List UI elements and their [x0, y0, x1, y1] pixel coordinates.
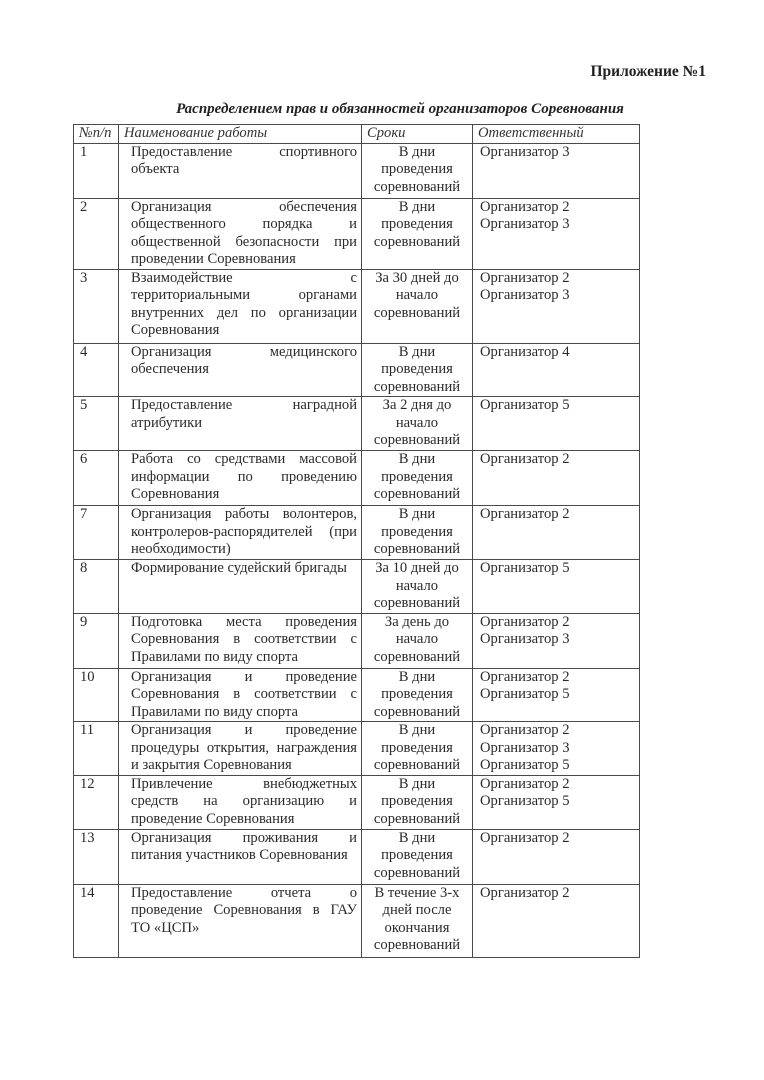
work-name-line: Предоставление наградной [131, 397, 357, 415]
row-number: 10 [74, 668, 119, 722]
responsible-organizer: Организатор 5 [480, 793, 634, 811]
work-name-line: информации по проведению [131, 469, 357, 487]
work-name: Подготовка места проведенияСоревнования … [119, 613, 362, 668]
responsible: Организатор 3 [473, 143, 640, 198]
work-name-line: Предоставление отчета о [131, 885, 357, 903]
row-number: 14 [74, 884, 119, 957]
header-responsible: Ответственный [473, 125, 640, 144]
work-name: Организация обеспеченияобщественного пор… [119, 198, 362, 269]
responsible-organizer: Организатор 5 [480, 397, 634, 415]
work-name-line: необходимости) [131, 541, 357, 559]
term: В днипроведениясоревнований [362, 775, 473, 829]
responsible-organizer: Организатор 2 [480, 506, 634, 524]
responsibilities-table: №п/п Наименование работы Сроки Ответстве… [73, 124, 640, 958]
term-line: соревнований [364, 379, 470, 397]
work-name: Предоставление награднойатрибутики [119, 397, 362, 451]
term: В днипроведениясоревнований [362, 506, 473, 560]
row-number: 11 [74, 722, 119, 776]
term-line: соревнований [364, 757, 470, 775]
term-line: проведения [364, 469, 470, 487]
work-name-line: Организация и проведение [131, 669, 357, 687]
term-line: соревнований [364, 305, 470, 323]
work-name: Организация проживания ипитания участник… [119, 829, 362, 884]
term: В днипроведениясоревнований [362, 143, 473, 198]
work-name: Предоставление отчета опроведение Соревн… [119, 884, 362, 957]
work-name-line: процедуры открытия, награждения [131, 740, 357, 758]
term: В течение 3-хдней послеокончаниясоревнов… [362, 884, 473, 957]
responsible-organizer: Организатор 5 [480, 686, 634, 704]
term: За день доначалосоревнований [362, 613, 473, 668]
row-number: 9 [74, 613, 119, 668]
work-name-line: Организация проживания и [131, 830, 357, 848]
term-line: За 30 дней до [364, 270, 470, 288]
table-row: 7Организация работы волонтеров,контролер… [74, 506, 640, 560]
responsible-organizer: Организатор 4 [480, 344, 634, 362]
term-line: соревнований [364, 649, 470, 667]
term-line: соревнований [364, 432, 470, 450]
work-name-line: Соревнования [131, 486, 357, 504]
work-name-line: внутренних дел по организации [131, 305, 357, 323]
work-name-line: обеспечения [131, 361, 357, 379]
header-work-name: Наименование работы [119, 125, 362, 144]
row-number: 5 [74, 397, 119, 451]
row-number: 2 [74, 198, 119, 269]
term: В днипроведениясоревнований [362, 722, 473, 776]
term-line: соревнований [364, 865, 470, 883]
responsible: Организатор 2Организатор 5 [473, 775, 640, 829]
term-line: В дни [364, 669, 470, 687]
term-line: В дни [364, 199, 470, 217]
responsible-organizer: Организатор 2 [480, 722, 634, 740]
work-name: Предоставление спортивногообъекта [119, 143, 362, 198]
responsible-organizer: Организатор 5 [480, 560, 634, 578]
work-name-line: общественной безопасности при [131, 234, 357, 252]
term-line: соревнований [364, 704, 470, 722]
work-name-line: Организация и проведение [131, 722, 357, 740]
work-name-line: атрибутики [131, 415, 357, 433]
table-row: 8Формирование судейский бригадыЗа 10 дне… [74, 560, 640, 614]
work-name-line: Организация медицинского [131, 344, 357, 362]
term-line: проведения [364, 216, 470, 234]
responsible-organizer: Организатор 3 [480, 216, 634, 234]
responsible: Организатор 2Организатор 3 [473, 269, 640, 343]
work-name-line: общественного порядка и [131, 216, 357, 234]
work-name-line: Предоставление спортивного [131, 144, 357, 162]
term-line: За день до [364, 614, 470, 632]
work-name-line: средств на организацию и [131, 793, 357, 811]
responsible-organizer: Организатор 5 [480, 757, 634, 775]
term-line: начало [364, 415, 470, 433]
table-row: 2Организация обеспеченияобщественного по… [74, 198, 640, 269]
term: В днипроведениясоревнований [362, 343, 473, 397]
work-name-line: Взаимодействие с [131, 270, 357, 288]
term-line: соревнований [364, 937, 470, 955]
responsible-organizer: Организатор 3 [480, 287, 634, 305]
term-line: В течение 3-х [364, 885, 470, 903]
responsible: Организатор 2Организатор 5 [473, 668, 640, 722]
row-number: 1 [74, 143, 119, 198]
responsible-organizer: Организатор 2 [480, 614, 634, 632]
term-line: начало [364, 578, 470, 596]
work-name-line: Правилами по виду спорта [131, 649, 357, 667]
term-line: проведения [364, 740, 470, 758]
work-name: Формирование судейский бригады [119, 560, 362, 614]
table-row: 4Организация медицинскогообеспеченияВ дн… [74, 343, 640, 397]
responsible: Организатор 2 [473, 829, 640, 884]
term-line: соревнований [364, 541, 470, 559]
term: В днипроведениясоревнований [362, 451, 473, 506]
table-body: 1Предоставление спортивногообъектаВ днип… [74, 143, 640, 957]
responsible: Организатор 2 [473, 506, 640, 560]
header-number: №п/п [74, 125, 119, 144]
table-row: 5Предоставление награднойатрибутикиЗа 2 … [74, 397, 640, 451]
term: В днипроведениясоревнований [362, 829, 473, 884]
term: В днипроведениясоревнований [362, 198, 473, 269]
responsible-organizer: Организатор 2 [480, 270, 634, 288]
table-row: 9Подготовка места проведенияСоревнования… [74, 613, 640, 668]
table-row: 3Взаимодействие стерриториальными органа… [74, 269, 640, 343]
responsible: Организатор 5 [473, 397, 640, 451]
term: За 2 дня доначалосоревнований [362, 397, 473, 451]
responsible-organizer: Организатор 2 [480, 885, 634, 903]
work-name: Организация медицинскогообеспечения [119, 343, 362, 397]
table-row: 6Работа со средствами массовойинформации… [74, 451, 640, 506]
responsible-organizer: Организатор 3 [480, 144, 634, 162]
term-line: соревнований [364, 234, 470, 252]
row-number: 13 [74, 829, 119, 884]
term-line: В дни [364, 776, 470, 794]
term-line: В дни [364, 344, 470, 362]
responsible: Организатор 2Организатор 3 [473, 613, 640, 668]
term-line: В дни [364, 451, 470, 469]
responsible-organizer: Организатор 2 [480, 199, 634, 217]
responsible-organizer: Организатор 2 [480, 830, 634, 848]
term-line: проведения [364, 161, 470, 179]
row-number: 8 [74, 560, 119, 614]
row-number: 12 [74, 775, 119, 829]
table-row: 12Привлечение внебюджетныхсредств на орг… [74, 775, 640, 829]
work-name-line: Организация работы волонтеров, [131, 506, 357, 524]
work-name-line: Привлечение внебюджетных [131, 776, 357, 794]
work-name-line: проведение Соревнования [131, 811, 357, 829]
term-line: проведения [364, 793, 470, 811]
work-name: Организация и проведениеСоревнования в с… [119, 668, 362, 722]
work-name-line: Соревнования в соответствии с [131, 631, 357, 649]
row-number: 7 [74, 506, 119, 560]
work-name-line: Соревнования в соответствии с [131, 686, 357, 704]
table-row: 11Организация и проведениепроцедуры откр… [74, 722, 640, 776]
work-name-line: контролеров-распорядителей (при [131, 524, 357, 542]
term-line: За 2 дня до [364, 397, 470, 415]
responsible-organizer: Организатор 2 [480, 776, 634, 794]
responsible-organizer: Организатор 3 [480, 631, 634, 649]
work-name-line: ТО «ЦСП» [131, 920, 357, 938]
work-name-line: объекта [131, 161, 357, 179]
table-row: 10Организация и проведениеСоревнования в… [74, 668, 640, 722]
table-row: 1Предоставление спортивногообъектаВ днип… [74, 143, 640, 198]
term-line: В дни [364, 506, 470, 524]
term-line: начало [364, 631, 470, 649]
responsible-organizer: Организатор 3 [480, 740, 634, 758]
responsible: Организатор 2 [473, 884, 640, 957]
work-name-line: Правилами по виду спорта [131, 704, 357, 722]
term-line: дней после [364, 902, 470, 920]
work-name-line: территориальными органами [131, 287, 357, 305]
table-row: 14Предоставление отчета опроведение Соре… [74, 884, 640, 957]
work-name-line: проведение Соревнования в ГАУ [131, 902, 357, 920]
term: За 10 дней доначалосоревнований [362, 560, 473, 614]
responsible: Организатор 2Организатор 3 [473, 198, 640, 269]
row-number: 3 [74, 269, 119, 343]
table-header-row: №п/п Наименование работы Сроки Ответстве… [74, 125, 640, 144]
term-line: проведения [364, 847, 470, 865]
term: В днипроведениясоревнований [362, 668, 473, 722]
table-row: 13Организация проживания ипитания участн… [74, 829, 640, 884]
work-name-line: Соревнования [131, 322, 357, 340]
term-line: проведения [364, 686, 470, 704]
work-name-line: Подготовка места проведения [131, 614, 357, 632]
row-number: 4 [74, 343, 119, 397]
work-name-line: и закрытия Соревнования [131, 757, 357, 775]
work-name-line: Организация обеспечения [131, 199, 357, 217]
responsible: Организатор 2 [473, 451, 640, 506]
term-line: В дни [364, 830, 470, 848]
document-title: Распределением прав и обязанностей орган… [0, 101, 764, 118]
responsible-organizer: Организатор 2 [480, 451, 634, 469]
work-name-line: проведении Соревнования [131, 251, 357, 269]
term-line: соревнований [364, 811, 470, 829]
term-line: соревнований [364, 486, 470, 504]
work-name-line: Формирование судейский бригады [131, 560, 357, 578]
work-name: Привлечение внебюджетныхсредств на орган… [119, 775, 362, 829]
term-line: окончания [364, 920, 470, 938]
term-line: проведения [364, 524, 470, 542]
term-line: начало [364, 287, 470, 305]
term-line: За 10 дней до [364, 560, 470, 578]
appendix-label: Приложение №1 [590, 63, 706, 81]
work-name: Взаимодействие стерриториальными органам… [119, 269, 362, 343]
responsible: Организатор 4 [473, 343, 640, 397]
term-line: проведения [364, 361, 470, 379]
work-name: Организация работы волонтеров,контролеро… [119, 506, 362, 560]
work-name-line: питания участников Соревнования [131, 847, 357, 865]
responsible: Организатор 5 [473, 560, 640, 614]
term-line: В дни [364, 722, 470, 740]
term-line: соревнований [364, 179, 470, 197]
term: За 30 дней доначалосоревнований [362, 269, 473, 343]
header-terms: Сроки [362, 125, 473, 144]
term-line: соревнований [364, 595, 470, 613]
work-name: Работа со средствами массовойинформации … [119, 451, 362, 506]
term-line: В дни [364, 144, 470, 162]
responsible: Организатор 2Организатор 3Организатор 5 [473, 722, 640, 776]
work-name: Организация и проведениепроцедуры открыт… [119, 722, 362, 776]
responsible-organizer: Организатор 2 [480, 669, 634, 687]
work-name-line: Работа со средствами массовой [131, 451, 357, 469]
row-number: 6 [74, 451, 119, 506]
